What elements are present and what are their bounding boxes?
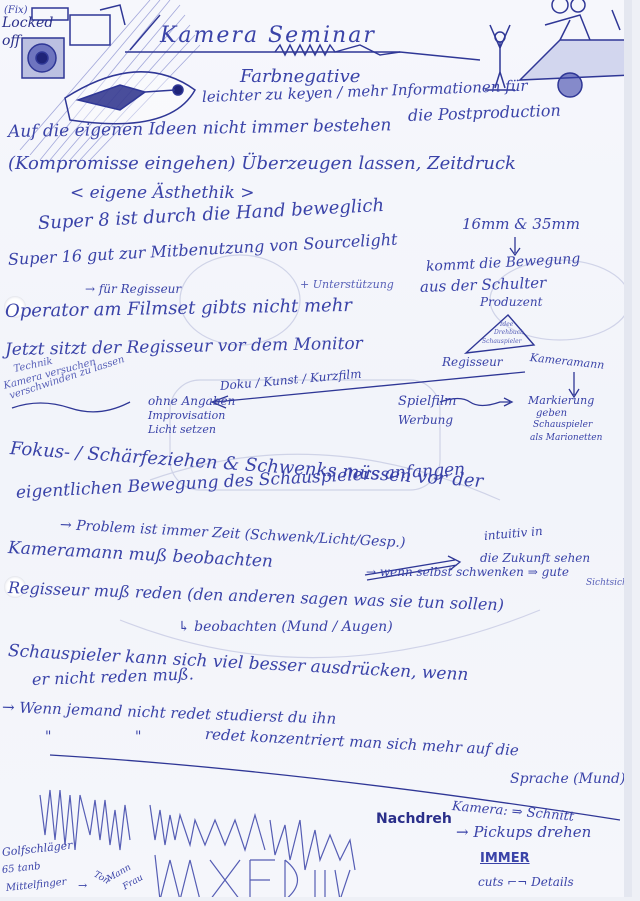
note-line: + Unterstützung: [300, 279, 394, 290]
arrow-glyph: →: [78, 880, 87, 891]
eye-sketch-icon: [65, 72, 195, 124]
page-title: Kamera Seminar: [160, 25, 376, 47]
note-side: 16mm & 35mm: [462, 217, 580, 232]
immer-label: IMMER: [480, 852, 530, 865]
doku-detail: ohne Angaben: [148, 395, 235, 407]
pickups-label: → Pickups drehen: [456, 825, 591, 840]
ditto-mark: ": [135, 730, 141, 744]
markierung-label: Schauspieler: [533, 421, 592, 430]
triangle-left: Regisseur: [442, 356, 503, 368]
camera-dolly-sketch-icon: [520, 0, 632, 97]
triangle-top: Produzent: [480, 296, 542, 308]
down-arrow: [510, 237, 520, 255]
markierung-label: als Marionetten: [530, 434, 602, 443]
markierung-label: geben: [536, 409, 567, 419]
notebook-page: (Fix) Locked off Kamera Seminar Farbnega…: [0, 0, 632, 897]
note-line: ↳ beobachten (Mund / Augen): [178, 620, 393, 634]
off-label: off: [2, 34, 20, 48]
triangle-center: Drehbuch: [494, 330, 524, 336]
doku-detail: Improvisation: [148, 410, 225, 421]
nachdreh-label: Nachdreh: [376, 812, 452, 826]
note-arrow: → wenn selbst schwenken ⇒ gute: [366, 566, 569, 578]
note-side: die Zukunft sehen: [480, 552, 590, 564]
markierung-label: Markierung: [528, 395, 594, 406]
note-line: < eigene Ästhethik >: [70, 185, 255, 202]
spielfilm-label: Spielfilm: [398, 395, 456, 408]
ditto-mark: ": [45, 730, 51, 744]
locked-label: Locked: [2, 16, 53, 30]
note-line: Sprache (Mund): [510, 772, 625, 786]
cuts-label: cuts ⌐¬ Details: [478, 876, 574, 888]
spielfilm-label: Werbung: [398, 414, 453, 426]
doku-detail: Licht setzen: [148, 424, 216, 435]
triangle-center: Schauspieler: [482, 339, 522, 345]
note-arrow: Sichtsicher: [586, 579, 632, 588]
note-side: aus der Schulter: [420, 276, 547, 295]
wavy-underline: [12, 402, 130, 412]
note-line: (Kompromisse eingehen) Überzeugen lassen…: [8, 155, 516, 173]
note-arrow: → für Regisseur: [85, 283, 181, 295]
triangle-center: Idee: [500, 322, 513, 328]
